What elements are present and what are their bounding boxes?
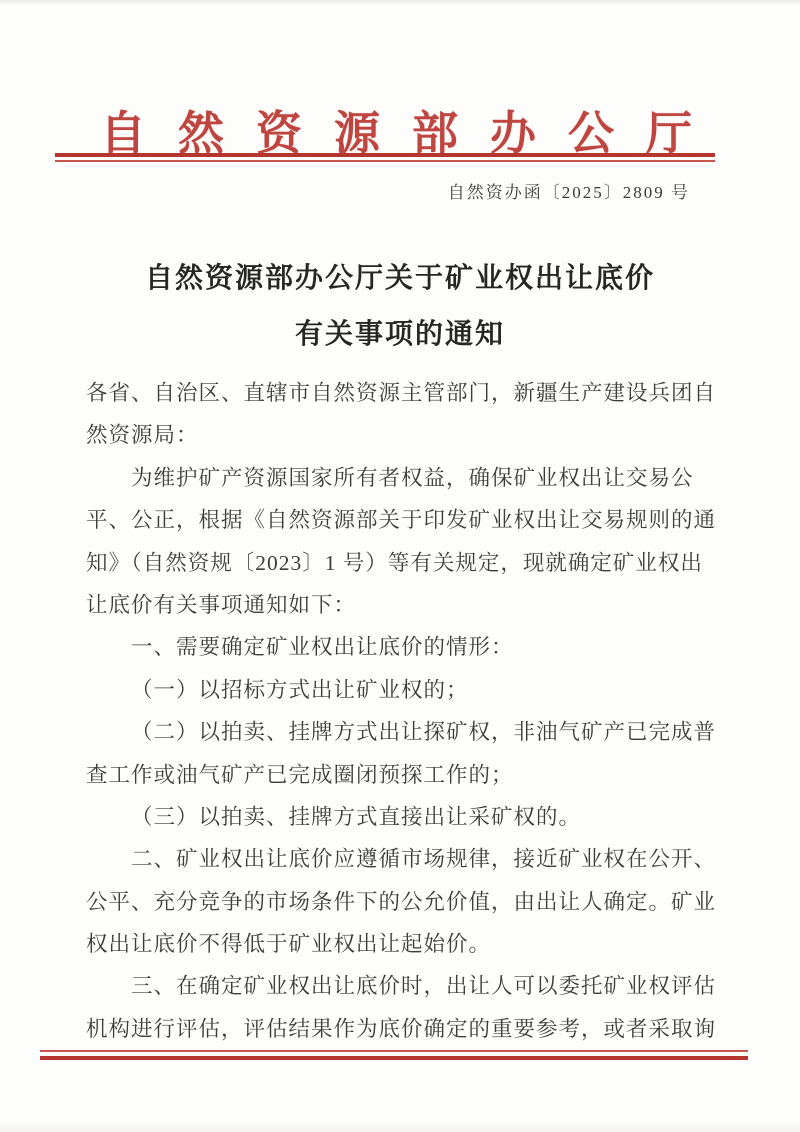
- document-title: 自然资源部办公厅关于矿业权出让底价 有关事项的通知: [0, 251, 800, 363]
- masthead-rule-thin: [55, 160, 715, 162]
- body-line: 权出让底价不得低于矿业权出让起始价。: [86, 923, 766, 965]
- body-line: 为维护矿产资源国家所有者权益，确保矿业权出让交易公: [86, 457, 766, 499]
- body-line: 二、矿业权出让底价应遵循市场规律，接近矿业权在公开、: [86, 838, 766, 880]
- body-line: 平、公正，根据《自然资源部关于印发矿业权出让交易规则的通: [86, 499, 766, 541]
- body-line: 三、在确定矿业权出让底价时，出让人可以委托矿业权评估: [86, 965, 766, 1007]
- footer-rule-thin: [40, 1050, 748, 1052]
- body-line: 机构进行评估，评估结果作为底价确定的重要参考，或者采取询: [86, 1008, 766, 1050]
- document-body: 各省、自治区、直辖市自然资源主管部门，新疆生产建设兵团自 然资源局： 为维护矿产…: [86, 372, 766, 1050]
- body-line: （二）以拍卖、挂牌方式出让探矿权，非油气矿产已完成普: [86, 711, 766, 753]
- body-line: 然资源局：: [86, 414, 766, 456]
- body-line: 让底价有关事项通知如下：: [86, 584, 766, 626]
- body-line: （三）以拍卖、挂牌方式直接出让采矿权的。: [86, 796, 766, 838]
- body-line: （一）以招标方式出让矿业权的；: [86, 669, 766, 711]
- document-title-line2: 有关事项的通知: [0, 307, 800, 363]
- document-page: 自然资源部办公厅 自然资办函〔2025〕2809 号 自然资源部办公厅关于矿业权…: [0, 0, 800, 1132]
- masthead-rule-thick: [55, 153, 715, 157]
- body-line: 公平、充分竞争的市场条件下的公允价值，由出让人确定。矿业: [86, 881, 766, 923]
- body-line: 各省、自治区、直辖市自然资源主管部门，新疆生产建设兵团自: [86, 372, 766, 414]
- body-line: 查工作或油气矿产已完成圈闭预探工作的；: [86, 754, 766, 796]
- document-number: 自然资办函〔2025〕2809 号: [448, 178, 690, 203]
- body-line: 一、需要确定矿业权出让底价的情形：: [86, 626, 766, 668]
- document-title-line1: 自然资源部办公厅关于矿业权出让底价: [0, 251, 800, 307]
- footer-rule-thick: [40, 1056, 748, 1060]
- body-line: 知》（自然资规〔2023〕1 号）等有关规定，现就确定矿业权出: [86, 542, 766, 584]
